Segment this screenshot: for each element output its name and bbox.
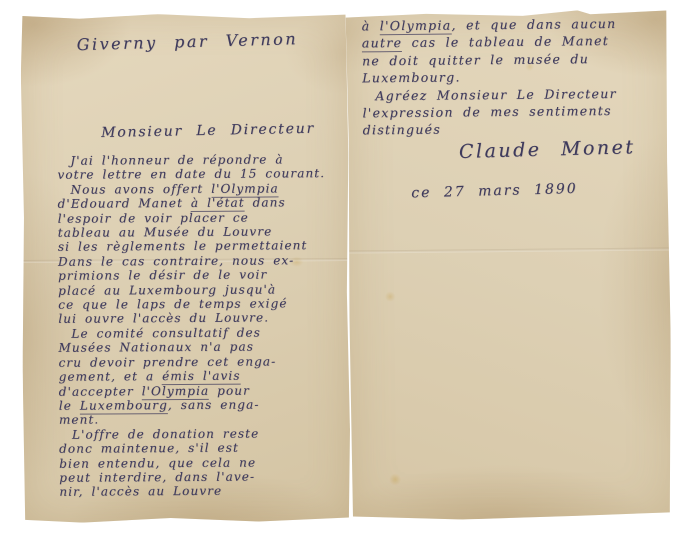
- signature: Claude Monet: [459, 136, 636, 163]
- line-text: Nous avons offert: [70, 182, 211, 197]
- line-text: gement, et a: [59, 369, 163, 384]
- letter-line: si les règlements le permettaient: [58, 238, 345, 254]
- line-text: dans: [245, 196, 286, 210]
- line-text: d'accepter: [59, 384, 142, 399]
- letter-body-right: à l'Olympia, et que dans aucunautre cas …: [362, 15, 665, 140]
- line-text: si les règlements le permettaient: [58, 239, 308, 255]
- line-text: , et que dans aucun: [451, 16, 616, 33]
- underlined-text: autre: [362, 35, 403, 52]
- line-text: lui ouvre l'accès du Louvre.: [58, 311, 269, 326]
- letter-line: nir, l'accès au Louvre: [59, 483, 346, 499]
- line-text: Musées Nationaux n'a pas: [58, 340, 254, 355]
- line-text: ce que le laps de temps exigé: [58, 296, 287, 311]
- letter-body-left: J'ai l'honneur de répondre àvotre lettre…: [57, 152, 346, 499]
- line-text: cas le tableau de Manet: [402, 33, 609, 50]
- line-text: peut interdire, dans l'ave-: [59, 470, 255, 485]
- salutation: Monsieur Le Directeur: [101, 121, 315, 141]
- underlined-text: l'Olympia: [380, 18, 452, 36]
- line-text: bien entendu, que cela ne: [59, 455, 256, 470]
- line-text: J'ai l'honneur de répondre à: [70, 152, 283, 167]
- line-text: Dans le cas contraire, nous ex-: [58, 253, 294, 268]
- line-text: le: [59, 399, 80, 413]
- line-text: à: [362, 18, 380, 33]
- letter-line: votre lettre en date du 15 courant.: [57, 166, 344, 182]
- line-text: , sans enga-: [168, 397, 260, 412]
- line-text: votre lettre en date du 15 courant.: [57, 167, 325, 183]
- line-text: primions le désir de le voir: [58, 268, 267, 283]
- letter-page-left: Giverny par Vernon eure Monsieur Le Dire…: [20, 12, 350, 523]
- line-text: l'espoir de voir placer ce: [58, 210, 249, 225]
- line-text: Le comité consultatif des: [71, 325, 261, 340]
- line-text: cru devoir prendre cet enga-: [59, 354, 277, 369]
- line-text: d'Edouard Manet: [58, 196, 191, 211]
- line-text: l'expression de mes sentiments: [362, 103, 611, 120]
- line-text: pour: [209, 383, 250, 397]
- letter-photo: à l'Olympia, et que dans aucunautre cas …: [0, 0, 700, 545]
- line-text: ne doit quitter le musée du: [362, 51, 589, 68]
- fold-crease: [348, 247, 670, 253]
- line-text: donc maintenue, s'il est: [59, 441, 239, 456]
- letter-page-right: à l'Olympia, et que dans aucunautre cas …: [346, 9, 673, 520]
- line-text: placé au Luxembourg jusqu'à: [58, 282, 276, 297]
- date-line: ce 27 mars 1890: [411, 181, 578, 201]
- line-text: L'offre de donation reste: [72, 426, 259, 441]
- line-text: nir, l'accès au Louvre: [59, 484, 222, 499]
- line-text: ment.: [59, 413, 99, 427]
- line-text: distingués: [363, 122, 441, 138]
- line-text: Agréez Monsieur Le Directeur: [375, 86, 617, 103]
- line-text: tableau au Musée du Louvre: [58, 225, 273, 240]
- line-text: Luxembourg.: [362, 70, 461, 86]
